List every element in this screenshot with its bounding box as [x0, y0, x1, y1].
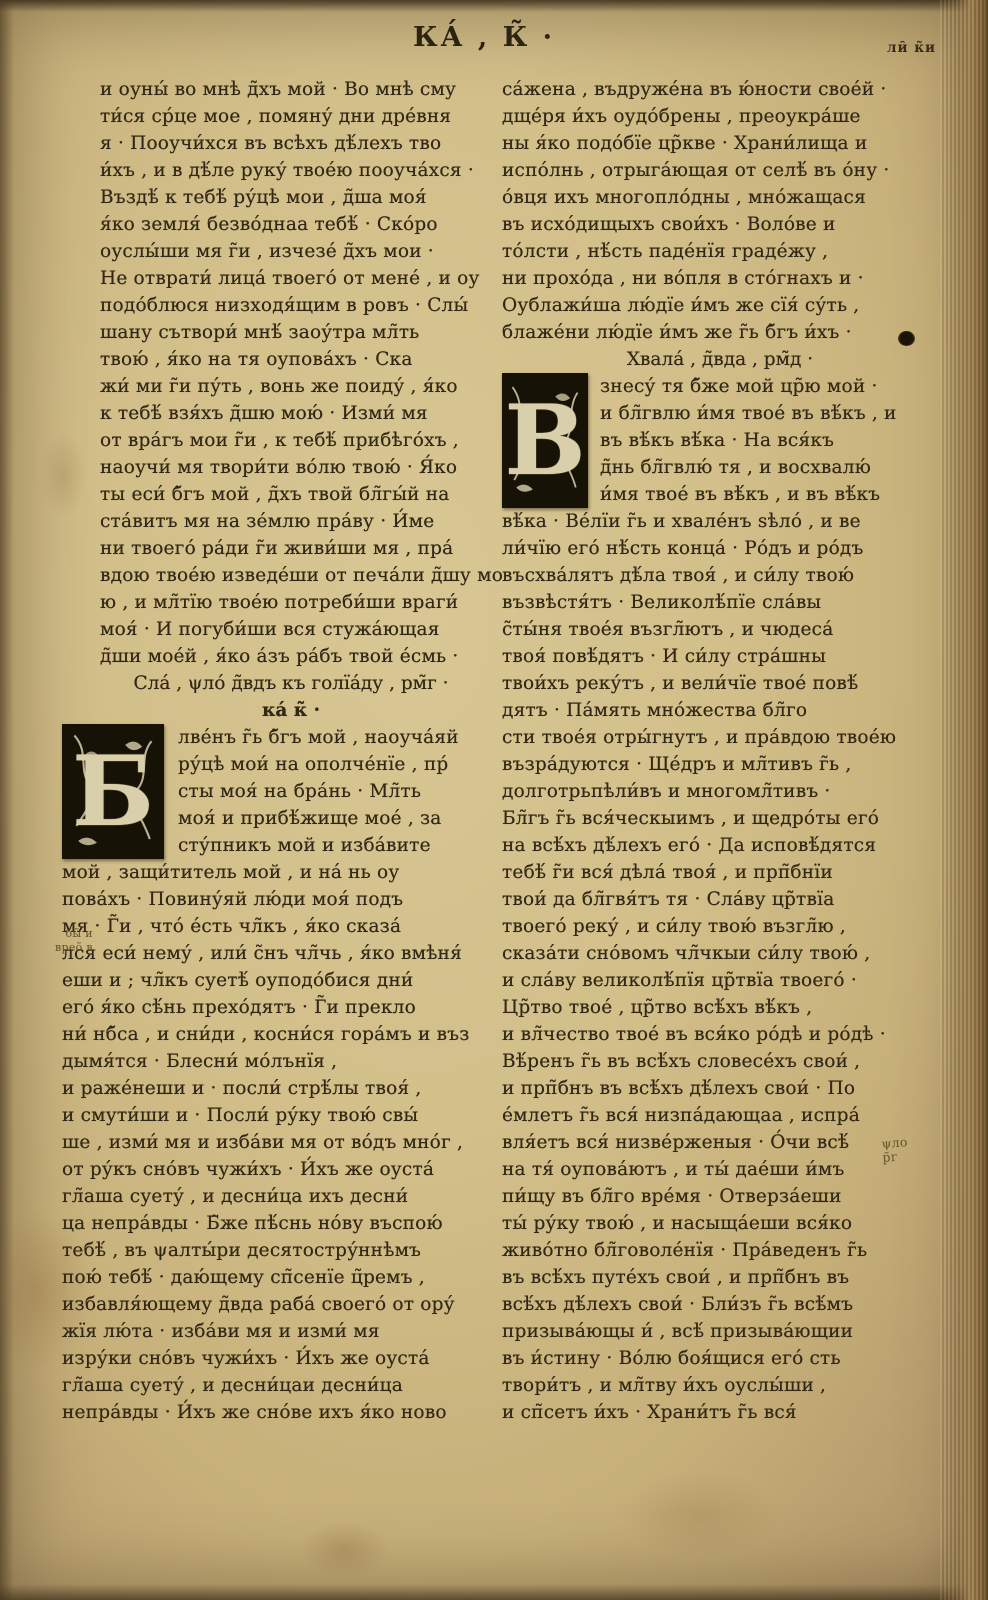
text-line: и прп̃бнъ въ всѣ́хъ дѣ́лехъ свои́ · По — [502, 1075, 942, 1102]
right-dropcap-lines: знесу́ тя б̃же мой цр̃ю мой ·и бл̃гвлю и… — [600, 373, 942, 508]
text-line: с̃ты́ня твое́я възгл̃ютъ , и чюдеса́ — [502, 616, 942, 643]
kathisma-20-mark: ка́ к̃ · — [100, 697, 482, 724]
text-line: моя́ · И погуби́ши вся стужа́ющая — [100, 616, 482, 643]
text-line: Цр̃тво твое́ , цр̃тво всѣ́хъ вѣ́къ , — [502, 994, 942, 1021]
floral-ornament — [65, 727, 161, 856]
marginal-gloss-line: бы̃ и — [55, 927, 93, 941]
text-line: твою́ , я́ко на тя оупова́хъ · Ска — [100, 346, 482, 373]
text-line: всѣ́хъ дѣ́лехъ свои́ · Бли́зъ г̃ь всѣ́мъ — [502, 1291, 942, 1318]
text-line: Оублажи́ша лю́дїе и́мъ же сїя́ су́ть , — [502, 292, 938, 319]
text-line: възвѣстя́тъ · Великолѣ́пїе сла́вы — [502, 589, 942, 616]
psalm-143-heading: Сла́ , ψло́ д̃вдъ къ голїа́ду , рм̃г · — [100, 670, 482, 697]
folio-number: ли̑ к̃и — [887, 40, 936, 56]
text-line: ю , и мл̃тїю твое́ю потреби́ши враги́ — [100, 589, 482, 616]
text-line: дымя́тся · Блесни́ мо́лънїя , — [62, 1048, 486, 1075]
text-line: жїя лю́та · изба́ви мя и изми́ мя — [62, 1318, 486, 1345]
page-left-edge — [0, 0, 14, 1600]
book-page: КА́ , К̃ · ли̑ к̃и и оуны́ во мнѣ д̃хъ м… — [0, 0, 988, 1600]
text-line: моя́ и прибѣ́жище мое́ , за — [178, 805, 486, 832]
paper-stain — [40, 430, 86, 520]
text-line: и́хъ , и в дѣ́ле руку́ твое́ю пооуча́хся… — [100, 157, 482, 184]
text-line: пи́щу въ бл̃го вре́мя · Отверза́еши — [502, 1183, 942, 1210]
text-line: ли́чїю его́ нѣ́сть конца́ · Ро́дъ и ро́д… — [502, 535, 942, 562]
marginal-gloss-line: врео̃ в — [55, 941, 93, 955]
text-line: мя · Г̃и , что́ е́сть чл̃къ , я́ко сказа… — [62, 913, 486, 940]
page-bottom-edge — [0, 1584, 988, 1600]
text-line: и оуны́ во мнѣ д̃хъ мой · Во мнѣ сму — [100, 76, 482, 103]
text-line: ни́ нб̃са , и сни́ди , косни́ся гора́мъ … — [62, 1021, 486, 1048]
left-dropcap-lines: лве́нъ г̃ь б̃гъ мой , наоуча́яйру́цѣ мои… — [178, 724, 486, 859]
text-line: и сла́ву великолѣ́пїя цр̃твїа твоего́ · — [502, 967, 942, 994]
text-line: е́млетъ г̃ь вся́ низпа́дающаа , испра́ — [502, 1102, 942, 1129]
text-line: лве́нъ г̃ь б̃гъ мой , наоуча́яй — [178, 724, 486, 751]
text-line: сту́пникъ мой и изба́вите — [178, 832, 486, 859]
text-line: наоучи́ мя твори́ти во́лю твою́ · Я́ко — [100, 454, 482, 481]
text-line: Въздѣ́ к тебѣ́ ру́цѣ мои , д̃ша моя́ — [100, 184, 482, 211]
text-line: Бл̃гъ г̃ь вся́ческыимъ , и щедро́ты его́ — [502, 805, 942, 832]
text-line: д̃ши мое́й , я́ко а́зъ ра́бъ твой е́смь … — [100, 643, 482, 670]
text-line: твоего́ реку́ , и си́лу твою́ възгл̃ю , — [502, 913, 942, 940]
text-line: мой , защи́титель мой , и на́ нь оу — [62, 859, 486, 886]
text-line: ны я́ко подо́бїе цр̃кве · Храни́лища и — [502, 130, 938, 157]
text-line: ца непра́вды · Б̃же пѣ́снь но́ву въспою́ — [62, 1210, 486, 1237]
right-column-upper: са́жена , въдруже́на въ ю́ности свое́й ·… — [502, 76, 938, 373]
left-column-lower: Б лве́нъ г̃ь б̃гъ мой , наоуча́яйру́цѣ м… — [62, 724, 486, 1426]
text-line: его́ я́ко сѣ́нь прехо́дятъ · Г̃и прекло — [62, 994, 486, 1021]
right-column-lower: В знесу́ тя б̃же мой цр̃ю мой ·и бл̃гвлю… — [502, 373, 942, 1426]
text-line: знесу́ тя б̃же мой цр̃ю мой · — [600, 373, 942, 400]
text-line: живо́тно бл̃говоле́нїя · Пра́веденъ г̃ь — [502, 1237, 942, 1264]
text-line: вля́етъ вся́ низве́рженыя · О́чи всѣ́ — [502, 1129, 942, 1156]
text-line: Не отврати́ лица́ твоего́ от мене́ , и о… — [100, 265, 482, 292]
text-line: ты еси́ б̃гъ мой , д̃хъ твой бл̃гы́й на — [100, 481, 482, 508]
text-line: твори́тъ , и мл̃тву и́хъ оуслы́ши , — [502, 1372, 942, 1399]
text-line: твои́хъ реку́тъ , и вели́чїе твое́ повѣ́ — [502, 670, 942, 697]
text-line: сты моя́ на бра́нь · Мл̃ть — [178, 778, 486, 805]
right-column-lines-top: са́жена , въдруже́на въ ю́ности свое́й ·… — [502, 76, 938, 346]
left-column-lines-bottom: мой , защи́титель мой , и на́ нь оупова́… — [62, 859, 486, 1426]
dropcap-row-left: Б лве́нъ г̃ь б̃гъ мой , наоуча́яйру́цѣ м… — [62, 724, 486, 859]
woodcut-initial-B: Б — [62, 724, 164, 859]
text-line: испо́лнь , отрыга́ющая от селѣ́ въ о́ну … — [502, 157, 938, 184]
text-line: ни твоего́ ра́ди г̃и живи́ши мя , пра́ — [100, 535, 482, 562]
text-line: и сп̃сетъ и́хъ · Храни́тъ г̃ь вся́ — [502, 1399, 942, 1426]
text-line: призыва́ющы и́ , всѣ́ призыва́ющии — [502, 1318, 942, 1345]
text-line: въ вѣ́къ вѣ́ка · На вся́къ — [600, 427, 942, 454]
right-column-lines-bottom: вѣ́ка · Ве́лїи г̃ь и хвале́нъ ѕѣло́ , и … — [502, 508, 942, 1426]
text-line: и вл̃чество твое́ въ вся́ко ро́дѣ и ро́д… — [502, 1021, 942, 1048]
woodcut-initial-V: В — [502, 373, 588, 508]
text-line: и раже́неши и · посли́ стрѣ́лы твоя́ , — [62, 1075, 486, 1102]
text-line: пою́ тебѣ́ · даю́щему сп̃сенїе ц̃ремъ , — [62, 1264, 486, 1291]
text-line: сти твое́я отры́гнутъ , и пра́вдою твое́… — [502, 724, 942, 751]
text-line: твои́ да бл̃гвя́тъ тя · Сла́ву цр̃твїа — [502, 886, 942, 913]
text-line: гл̃аша суету́ , и десни́цаи десни́ца — [62, 1372, 486, 1399]
text-line: д̃нь бл̃гвлю́ тя , и восхвалю́ — [600, 454, 942, 481]
floral-ornament — [505, 376, 585, 505]
paper-stain — [300, 1520, 390, 1580]
text-line: ти́ся ср́це мое , помяну́ дни дре́вня — [100, 103, 482, 130]
text-line: вѣ́ка · Ве́лїи г̃ь и хвале́нъ ѕѣло́ , и … — [502, 508, 942, 535]
text-line: я́ко земля́ безво́днаа тебѣ́ · Ско́ро — [100, 211, 482, 238]
text-line: въ исхо́дищыхъ свои́хъ · Воло́ве и — [502, 211, 938, 238]
text-line: ше , изми́ мя и изба́ви мя от во́дъ мно́… — [62, 1129, 486, 1156]
text-line: шану сътвори́ мнѣ́ заоу́тра мл̃ть — [100, 319, 482, 346]
text-line: ни прохо́да , ни во́пля в сто́гнахъ и · — [502, 265, 938, 292]
text-line: ты́ ру́ку твою́ , и насыща́еши вся́ко — [502, 1210, 942, 1237]
text-line: я · Пооучи́хся въ всѣхъ дѣ́лехъ тво — [100, 130, 482, 157]
text-line: възра́дуются · Ще́дръ и мл̃тивъ г̃ь , — [502, 751, 942, 778]
marginal-gloss-left: бы̃ и врео̃ в — [55, 927, 93, 955]
text-line: оуслы́ши мя г̃и , изчезе́ д̃хъ мои · — [100, 238, 482, 265]
text-line: на тя́ оупова́ютъ , и ты́ дае́ши и́мъ — [502, 1156, 942, 1183]
text-line: от ру́къ сно́въ чужи́хъ · И́хъ же оуста́ — [62, 1156, 486, 1183]
text-line: дятъ · Па́мять мно́жества бл̃го — [502, 697, 942, 724]
book-fore-edge — [940, 0, 988, 1600]
text-line: гл̃аша суету́ , и десни́ца ихъ десни́ — [62, 1183, 486, 1210]
text-line: о́вця ихъ многопло́дны , мно́жащася — [502, 184, 938, 211]
text-line: сказа́ти сно́вомъ чл̃чкыи си́лу твою́ , — [502, 940, 942, 967]
text-line: избавля́ющему д̃вда раба́ своего́ от ору… — [62, 1291, 486, 1318]
dropcap-row-right: В знесу́ тя б̃же мой цр̃ю мой ·и бл̃гвлю… — [502, 373, 942, 508]
page-top-edge — [0, 0, 988, 12]
text-line: подо́блюся низходя́щим в ровъ · Слы́ — [100, 292, 482, 319]
text-line: и смути́ши и · Посли́ ру́ку твою́ свы́ — [62, 1102, 486, 1129]
left-column-lines-top: и оуны́ во мнѣ д̃хъ мой · Во мнѣ смути́с… — [100, 76, 482, 670]
text-line: долготрьпѣли́въ и многомл̃тивъ · — [502, 778, 942, 805]
text-line: изру́ки сно́въ чужи́хъ · И́хъ же оуста́ — [62, 1345, 486, 1372]
text-line: непра́вды · И́хъ же сно́ве ихъ я́ко ново — [62, 1399, 486, 1426]
text-line: тебѣ́ , въ ψалты́ри десятостру́ннѣмъ — [62, 1237, 486, 1264]
text-line: въсхва́лятъ дѣ́ла твоя́ , и си́лу твою́ — [502, 562, 942, 589]
marginal-gloss-right: ψло р̃г — [881, 1135, 909, 1165]
text-line: от вра́гъ мои г̃и , к тебѣ́ прибѣго́хъ , — [100, 427, 482, 454]
text-line: к тебѣ́ взя́хъ д̃шю мою́ · Изми́ мя — [100, 400, 482, 427]
psalm-144-heading: Хвала́ , д̃вда , рм̃д · — [502, 346, 938, 373]
text-line: то́лсти , нѣ́сть паде́нїя граде́жу , — [502, 238, 938, 265]
text-line: блаже́ни лю́дїе и́мъ же г̃ь б̃гъ и́хъ · — [502, 319, 938, 346]
text-line: дще́ря и́хъ оудо́брены , преоукра́ше — [502, 103, 938, 130]
text-line: еши и ; чл̃къ суетѣ́ оуподо́бися дни́ — [62, 967, 486, 994]
text-line: и бл̃гвлю и́мя твое́ въ вѣ́къ , и — [600, 400, 942, 427]
text-line: са́жена , въдруже́на въ ю́ности свое́й · — [502, 76, 938, 103]
text-line: вдою твое́ю изведе́ши от печа́ли д̃шу мо — [100, 562, 482, 589]
paper-stain — [620, 1470, 780, 1560]
text-line: тебѣ́ г̃и вся́ дѣла́ твоя́ , и прп̃бнїи — [502, 859, 942, 886]
text-line: и́мя твое́ въ вѣ́къ , и въ вѣ́къ — [600, 481, 942, 508]
text-line: пова́хъ · Повину́яй лю́ди моя́ подъ — [62, 886, 486, 913]
text-line: жи́ ми г̃и пу́ть , вонь же поиду́ , я́ко — [100, 373, 482, 400]
kathisma-header: КА́ , К̃ · — [334, 22, 634, 53]
text-line: Вѣ́ренъ г̃ь въ всѣ́хъ словесе́хъ свои́ , — [502, 1048, 942, 1075]
marginal-gloss-line: р̃г — [882, 1149, 909, 1165]
text-line: ста́витъ мя на зе́млю пра́ву · И́ме — [100, 508, 482, 535]
text-line: твоя́ повѣ́дятъ · И си́лу стра́шны — [502, 643, 942, 670]
text-line: на всѣ́хъ дѣ́лехъ его́ · Да исповѣ́дятся — [502, 832, 942, 859]
left-column-upper: и оуны́ во мнѣ д̃хъ мой · Во мнѣ смути́с… — [100, 76, 482, 724]
text-line: лся еси́ нему́ , или́ с̃нъ чл̃чь , я́ко … — [62, 940, 486, 967]
text-line: въ и́стину · Во́лю боя́щися его́ сть — [502, 1345, 942, 1372]
text-line: въ всѣ́хъ путе́хъ свои́ , и прп̃бнъ въ — [502, 1264, 942, 1291]
text-line: ру́цѣ мои́ на ополче́нїе , пр́ — [178, 751, 486, 778]
